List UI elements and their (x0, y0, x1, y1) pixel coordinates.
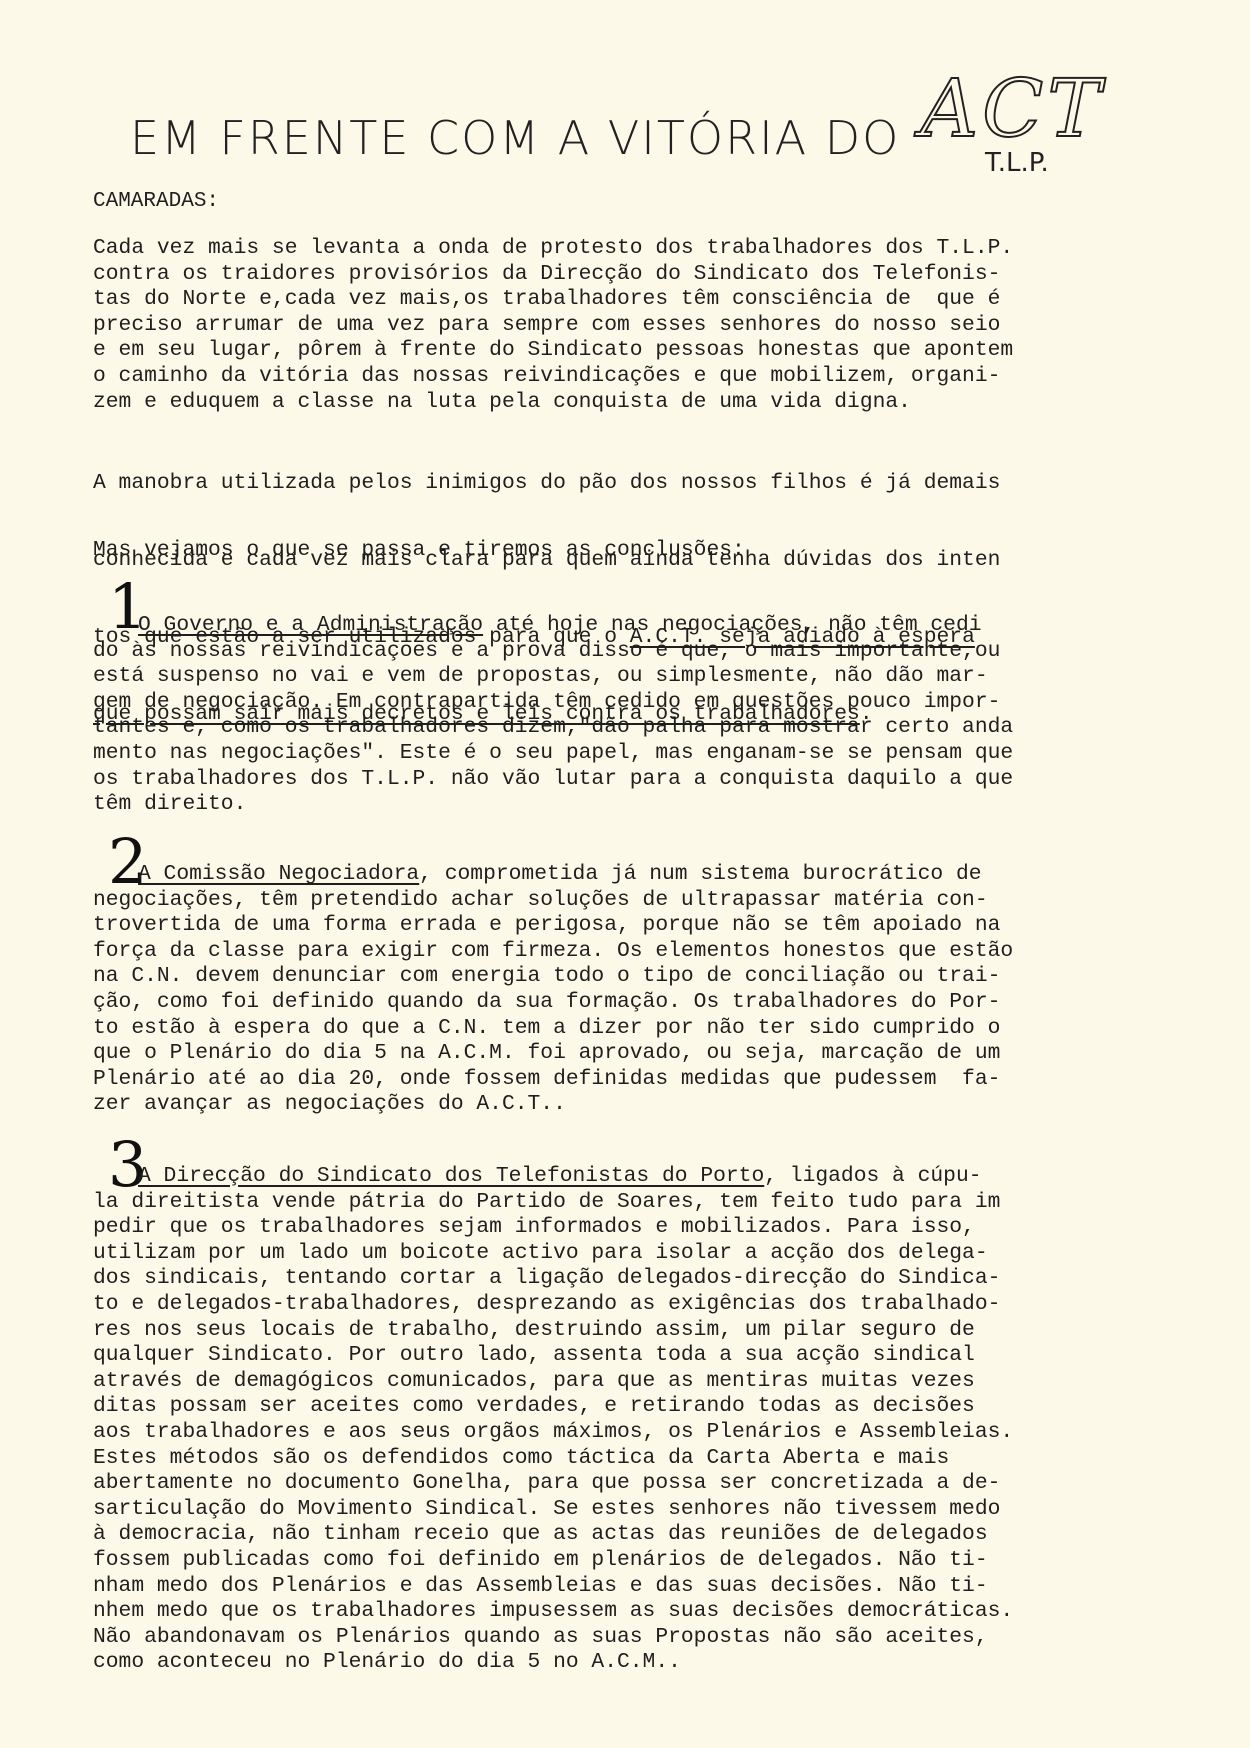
text-span: , ligados à cúpu- (764, 1164, 981, 1188)
text-line: e em seu lugar, pôrem à frente do Sindic… (93, 338, 1193, 364)
text-line: res nos seus locais de trabalho, destrui… (93, 1318, 1193, 1344)
text-line: fossem publicadas como foi definido em p… (93, 1548, 1193, 1574)
text-line: utilizam por um lado um boicote activo p… (93, 1241, 1193, 1267)
point-lead: O Governo e a Administração (138, 613, 483, 637)
text-line: ção, como foi definido quando da sua for… (93, 990, 1193, 1016)
text-line: abertamente no documento Gonelha, para q… (93, 1471, 1193, 1497)
point-lead: A Direcção do Sindicato dos Telefonistas… (138, 1164, 764, 1188)
title-act: ACT (920, 62, 1104, 155)
intro-paragraph-1: Cada vez mais se levanta a onda de prote… (93, 236, 1193, 415)
text-line: A Comissão Negociadora, comprometida já … (93, 862, 1193, 888)
point-2: A Comissão Negociadora, comprometida já … (93, 862, 1193, 1118)
text-line: negociações, têm pretendido achar soluçõ… (93, 888, 1193, 914)
text-line: trovertida de uma forma errada e perigos… (93, 913, 1193, 939)
text-line: do às nossas reivindicaçoes e a prova di… (93, 639, 1193, 665)
text-line: pedir que os trabalhadores sejam informa… (93, 1215, 1193, 1241)
text-line: nhem medo que os trabalhadores impusesse… (93, 1599, 1193, 1625)
intro-paragraph-3: Mas vejamos o que se passa e tiremos as … (93, 538, 1193, 564)
page-title: EM FRENTE COM A VITÓRIA DOACT (130, 80, 1105, 173)
text-line: tantes e, como os trabalhadores dizem,"d… (93, 715, 1193, 741)
title-subtitle: T.L.P. (985, 148, 1049, 178)
text-line: A Direcção do Sindicato dos Telefonistas… (93, 1164, 1193, 1190)
text-line: Plenário até ao dia 20, onde fossem defi… (93, 1067, 1193, 1093)
text-line: O Governo e a Administração até hoje nas… (93, 613, 1193, 639)
point-lead: A Comissão Negociadora (138, 862, 419, 886)
text-line: os trabalhadores dos T.L.P. não vão luta… (93, 767, 1193, 793)
text-line: como aconteceu no Plenário do dia 5 no A… (93, 1650, 1193, 1676)
text-line: Estes métodos são os defendidos como tác… (93, 1446, 1193, 1472)
text-line: Cada vez mais se levanta a onda de prote… (93, 236, 1193, 262)
text-line: la direitista vende pátria do Partido de… (93, 1190, 1193, 1216)
text-span: até hoje nas negociações, não têm cedi (483, 613, 981, 637)
point-1: O Governo e a Administração até hoje nas… (93, 613, 1193, 818)
text-span: , comprometida já num sistema burocrátic… (419, 862, 981, 886)
text-line: através de demagógicos comunicados, para… (93, 1369, 1193, 1395)
text-line: preciso arrumar de uma vez para sempre c… (93, 313, 1193, 339)
point-3: A Direcção do Sindicato dos Telefonistas… (93, 1164, 1193, 1676)
text-line: sarticulação do Movimento Sindical. Se e… (93, 1497, 1193, 1523)
text-line: na C.N. devem denunciar com energia todo… (93, 964, 1193, 990)
text-line: zem e eduquem a classe na luta pela conq… (93, 390, 1193, 416)
text-line: aos trabalhadores e aos seus orgãos máxi… (93, 1420, 1193, 1446)
text-line: nham medo dos Plenários e das Assembleia… (93, 1574, 1193, 1600)
text-line: força da classe para exigir com firmeza.… (93, 939, 1193, 965)
text-line: gem de negociação. Em contrapartida têm … (93, 690, 1193, 716)
text-line: qualquer Sindicato. Por outro lado, asse… (93, 1343, 1193, 1369)
text-line: A manobra utilizada pelos inimigos do pã… (93, 471, 1193, 497)
greeting: CAMARADAS: (93, 190, 219, 213)
text-line: o caminho da vitória das nossas reivindi… (93, 364, 1193, 390)
text-line: to e delegados-trabalhadores, desprezand… (93, 1292, 1193, 1318)
text-line: Não abandonavam os Plenários quando as s… (93, 1625, 1193, 1651)
text-line: têm direito. (93, 792, 1193, 818)
text-line: ditas possam ser aceites como verdades, … (93, 1394, 1193, 1420)
text-line: contra os traidores provisórios da Direc… (93, 262, 1193, 288)
text-line: zer avançar as negociações do A.C.T.. (93, 1092, 1193, 1118)
text-line: to estão à espera do que a C.N. tem a di… (93, 1016, 1193, 1042)
text-line: está suspenso no vai e vem de propostas,… (93, 664, 1193, 690)
text-line: tas do Norte e,cada vez mais,os trabalha… (93, 287, 1193, 313)
text-line: à democracia, não tinham receio que as a… (93, 1522, 1193, 1548)
text-line: mento nas negociações". Este é o seu pap… (93, 741, 1193, 767)
text-line: que o Plenário do dia 5 na A.C.M. foi ap… (93, 1041, 1193, 1067)
title-text: EM FRENTE COM A VITÓRIA DO (130, 111, 900, 165)
text-line: dos sindicais, tentando cortar a ligação… (93, 1266, 1193, 1292)
